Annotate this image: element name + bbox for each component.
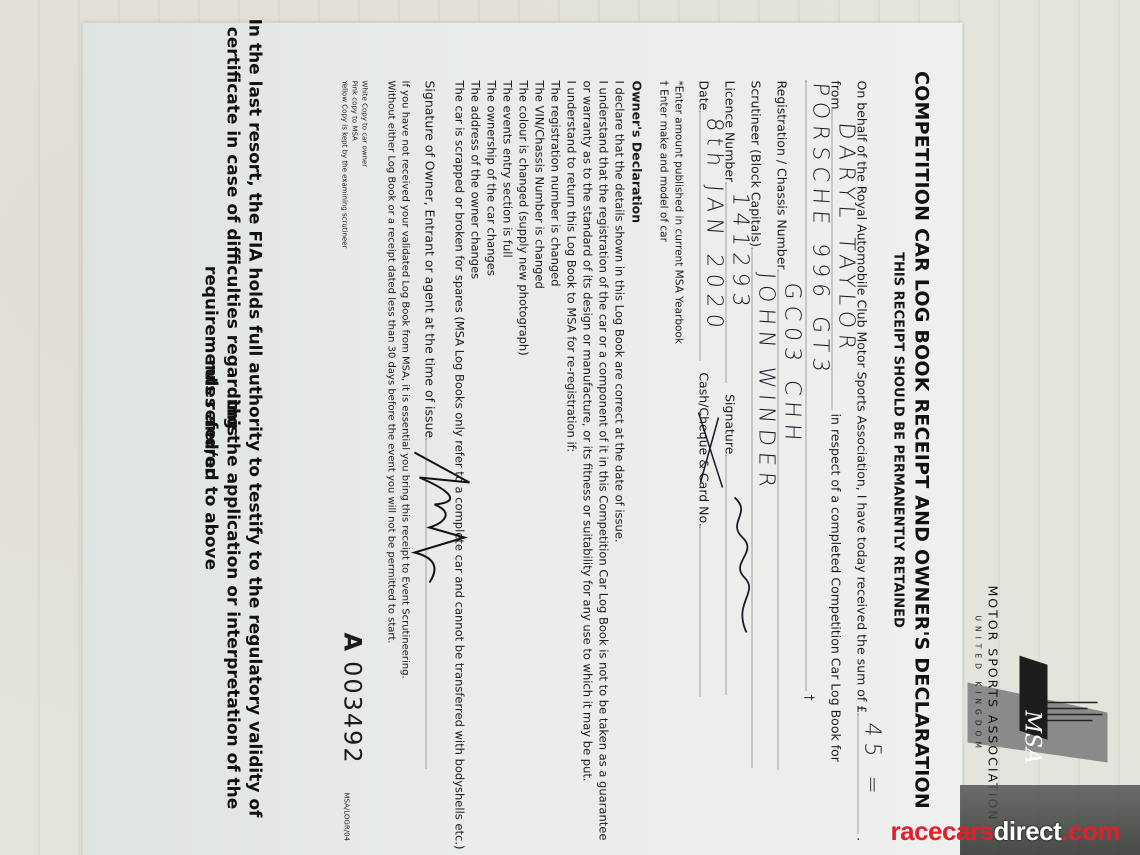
rotated-document-stage: KNAF ASN CERTIFICATE NUMBER 933.1043 MSA… bbox=[0, 0, 1140, 855]
notice-not-permitted: Without either Log Book or a receipt dat… bbox=[385, 80, 396, 643]
declaration-line: The colour is changed (supply new photog… bbox=[516, 80, 530, 355]
document-title: COMPETITION CAR LOG BOOK RECEIPT AND OWN… bbox=[910, 22, 932, 855]
car-handwritten: PORSCHE 996 GT3 bbox=[807, 81, 832, 378]
date-label: Date bbox=[696, 80, 711, 110]
owner-signature-row: Signature of Owner, Entrant or agent at … bbox=[422, 80, 438, 768]
date-handwritten: 8th JAN 2020 bbox=[701, 116, 726, 334]
racecarsdirect-watermark: racecarsdirect.com bbox=[891, 816, 1121, 847]
declaration-line: or warranty as to the standard of its de… bbox=[580, 80, 594, 781]
serial-number: A003492 bbox=[338, 632, 366, 764]
scrutineer-signature-icon bbox=[724, 492, 754, 642]
from-handwritten: DARYL TAYLOR bbox=[833, 121, 858, 356]
copy-note: Pink copy to MSA bbox=[350, 80, 358, 140]
scrutineer-handwritten: JOHN WINDER bbox=[753, 271, 778, 493]
owner-signature-icon bbox=[404, 442, 474, 602]
copy-note: White Copy to car owner bbox=[360, 80, 368, 167]
declaration-heading: Owner's Declaration bbox=[629, 80, 644, 223]
respect-text: in respect of a completed Competition Ca… bbox=[828, 413, 843, 761]
declaration-line: I understand that the registration of th… bbox=[596, 80, 610, 840]
declaration-line: The address of the owner changes bbox=[468, 80, 482, 279]
form-code: MSA/LOGR/04 bbox=[342, 792, 350, 840]
declaration-line: The events entry section is full bbox=[500, 80, 514, 257]
declaration-line: I declare that the details shown in this… bbox=[612, 80, 626, 542]
declaration-line: The registration number is changed bbox=[548, 80, 562, 286]
watermark-part-racecars: racecars bbox=[891, 816, 994, 846]
footnote-car: † Enter make and model of car bbox=[657, 80, 669, 241]
serial-digits: 003492 bbox=[338, 661, 366, 765]
payment-strikethrough-icon bbox=[696, 412, 726, 492]
car-marker: † bbox=[802, 694, 817, 700]
registration-handwritten: GC03 CHH bbox=[779, 281, 804, 447]
declaration-line: The VIN/Chassis Number is changed bbox=[532, 80, 546, 288]
declaration-line: I understand to return this Log Book to … bbox=[564, 80, 578, 452]
msa-logo-text: MSA bbox=[1019, 709, 1044, 764]
licence-handwritten: 141293 bbox=[727, 191, 752, 313]
notice-bring-receipt: If you have not received your validated … bbox=[399, 80, 410, 678]
owner-signature-label: Signature of Owner, Entrant or agent at … bbox=[422, 80, 437, 438]
amount-handwritten: 45 = bbox=[859, 721, 884, 800]
watermark-part-direct: direct bbox=[994, 816, 1062, 846]
copy-note: Yellow Copy is kept by the examining scr… bbox=[340, 80, 348, 248]
registration-label: Registration / Chassis Number bbox=[774, 80, 789, 269]
msa-organisation-country: UNITED KINGDOM bbox=[973, 615, 982, 753]
document-subtitle: THIS RECEIPT SHOULD BE PERMANENTLY RETAI… bbox=[890, 22, 905, 855]
footnote-amount: *Enter amount published in current MSA Y… bbox=[672, 80, 684, 343]
payment-field[interactable] bbox=[699, 526, 712, 696]
watermark-part-com: .com bbox=[1061, 816, 1120, 846]
declaration-line: The ownership of the car changes bbox=[484, 80, 498, 275]
fia-notice-line: requirements referred to above bbox=[199, 0, 221, 835]
serial-prefix: A bbox=[338, 632, 366, 653]
